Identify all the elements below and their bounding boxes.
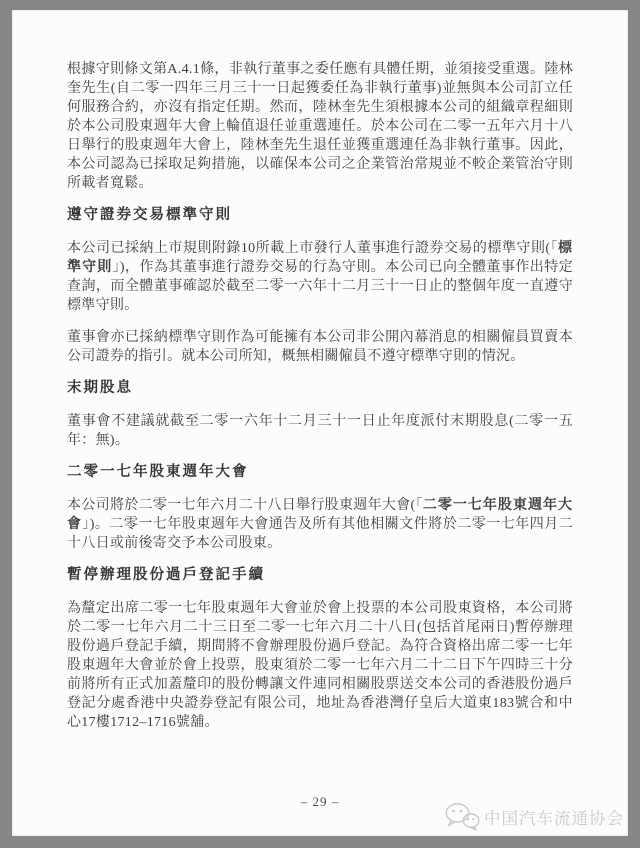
agm-para1-post: 」)。二零一七年股東週年大會通告及所有其他相關文件將於二零一七年四月二十八日或前… — [67, 517, 573, 551]
paragraph-model-code-2: 董事會亦已採納標準守則作為可能擁有本公司非公開內幕消息的相關僱員買賣本公司證券的… — [67, 328, 573, 366]
paragraph-register-closure: 為釐定出席二零一七年股東週年大會並於會上投票的本公司股東資格，本公司將於二零一七… — [67, 599, 573, 732]
paragraph-final-dividend: 董事會不建議就截至二零一六年十二月三十一日止年度派付末期股息(二零一五年：無)。 — [67, 412, 573, 450]
document-content: 根據守則條文第A.4.1條，非執行董事之委任應有具體任期，並須接受重選。陸林奎先… — [12, 10, 628, 732]
paragraph-agm-2017: 本公司將於二零一七年六月二十八日舉行股東週年大會(「二零一七年股東週年大會」)。… — [67, 496, 573, 553]
watermark: 中国汽车流通协会 — [444, 802, 624, 831]
document-page: 根據守則條文第A.4.1條，非執行董事之委任應有具體任期，並須接受重選。陸林奎先… — [12, 10, 628, 836]
scanned-document-view: { "colors": { "frame": "#878787", "paper… — [0, 0, 640, 848]
heading-register-closure: 暫停辦理股份過戶登記手續 — [67, 566, 573, 585]
model-code-para1-post: 」)，作為其董事進行證券交易的行為守則。本公司已向全體董事作出特定查詢，而全體董… — [67, 260, 573, 313]
heading-agm-2017: 二零一七年股東週年大會 — [67, 463, 573, 482]
paragraph-model-code-1: 本公司已採納上市規則附錄10所載上市發行人董事進行證券交易的標準守則(「標準守則… — [67, 239, 573, 315]
heading-model-code: 遵守證券交易標準守則 — [67, 206, 573, 225]
paragraph-director-reelection: 根據守則條文第A.4.1條，非執行董事之委任應有具體任期，並須接受重選。陸林奎先… — [67, 60, 573, 193]
wechat-icon — [444, 802, 480, 831]
agm-para1-pre: 本公司將於二零一七年六月二十八日舉行股東週年大會(「 — [67, 498, 423, 513]
heading-final-dividend: 末期股息 — [67, 379, 573, 398]
watermark-label: 中国汽车流通协会 — [484, 805, 624, 829]
model-code-para1-pre: 本公司已採納上市規則附錄10所載上市發行人董事進行證券交易的標準守則(「 — [67, 241, 558, 256]
